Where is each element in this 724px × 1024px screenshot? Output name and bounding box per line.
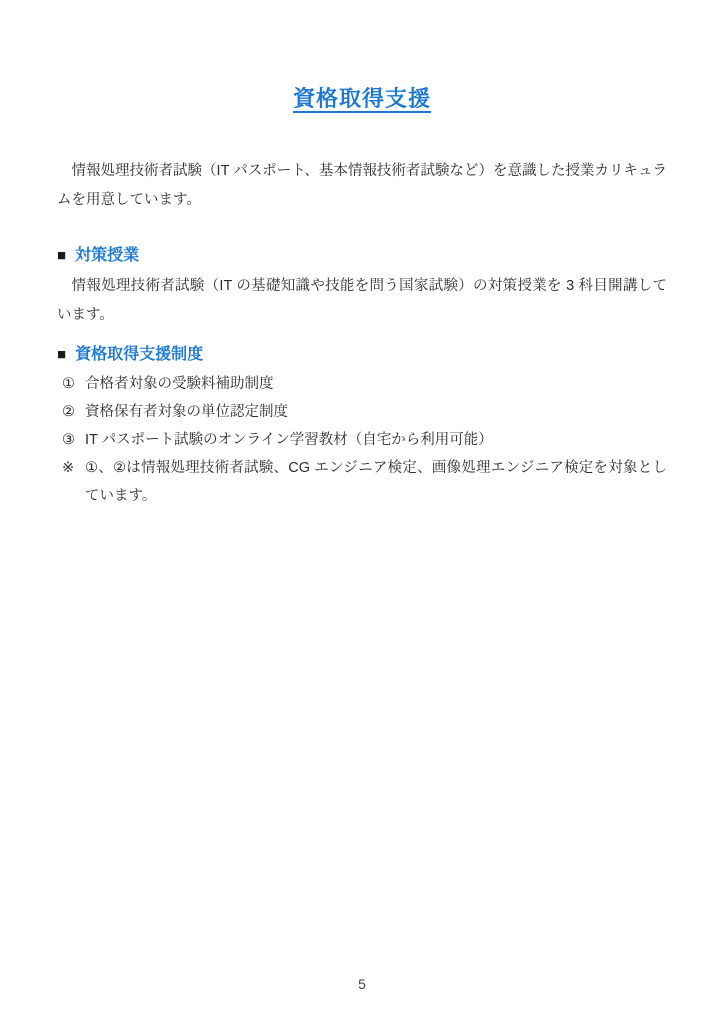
page-title-text: 資格取得支援 — [293, 86, 431, 111]
note-text: ①、②は情報処理技術者試験、CG エンジニア検定、画像処理エンジニア検定を対象と… — [85, 454, 667, 510]
circled-1-marker: ① — [62, 370, 85, 398]
page-title: 資格取得支援 — [57, 86, 667, 112]
support-system-list: ① 合格者対象の受験料補助制度 ② 資格保有者対象の単位認定制度 ③ IT パス… — [57, 370, 667, 510]
document-page: 資格取得支援 情報処理技術者試験（IT パスポート、基本情報技術者試験など）を意… — [0, 0, 724, 1024]
reference-mark: ※ — [62, 454, 85, 510]
list-item-note: ※ ①、②は情報処理技術者試験、CG エンジニア検定、画像処理エンジニア検定を対… — [62, 454, 667, 510]
list-item: ③ IT パスポート試験のオンライン学習教材（自宅から利用可能） — [62, 426, 667, 454]
list-item-text: 合格者対象の受験料補助制度 — [85, 370, 667, 398]
list-item-text: 資格保有者対象の単位認定制度 — [85, 398, 667, 426]
black-square-bullet-icon: ■ — [57, 245, 66, 267]
section-heading-shikaku-shien-seido: ■ 資格取得支援制度 — [57, 344, 667, 366]
list-item: ① 合格者対象の受験料補助制度 — [62, 370, 667, 398]
intro-paragraph: 情報処理技術者試験（IT パスポート、基本情報技術者試験など）を意識した授業カリ… — [57, 157, 667, 215]
section-taisaku-jugyou: ■ 対策授業 情報処理技術者試験（IT の基礎知識や技能を問う国家試験）の対策授… — [57, 245, 667, 330]
section-shikaku-shien-seido: ■ 資格取得支援制度 ① 合格者対象の受験料補助制度 ② 資格保有者対象の単位認… — [57, 344, 667, 510]
section-heading-taisaku-jugyou: ■ 対策授業 — [57, 245, 667, 267]
black-square-bullet-icon: ■ — [57, 344, 66, 366]
section-heading-label: 対策授業 — [75, 245, 139, 267]
circled-2-marker: ② — [62, 398, 85, 426]
list-item: ② 資格保有者対象の単位認定制度 — [62, 398, 667, 426]
list-item-text: IT パスポート試験のオンライン学習教材（自宅から利用可能） — [85, 426, 667, 454]
section-heading-label: 資格取得支援制度 — [75, 344, 203, 366]
circled-3-marker: ③ — [62, 426, 85, 454]
page-number: 5 — [358, 976, 366, 992]
section-body-paragraph: 情報処理技術者試験（IT の基礎知識や技能を問う国家試験）の対策授業を 3 科目… — [57, 272, 667, 330]
page-footer: 5 — [0, 976, 724, 992]
